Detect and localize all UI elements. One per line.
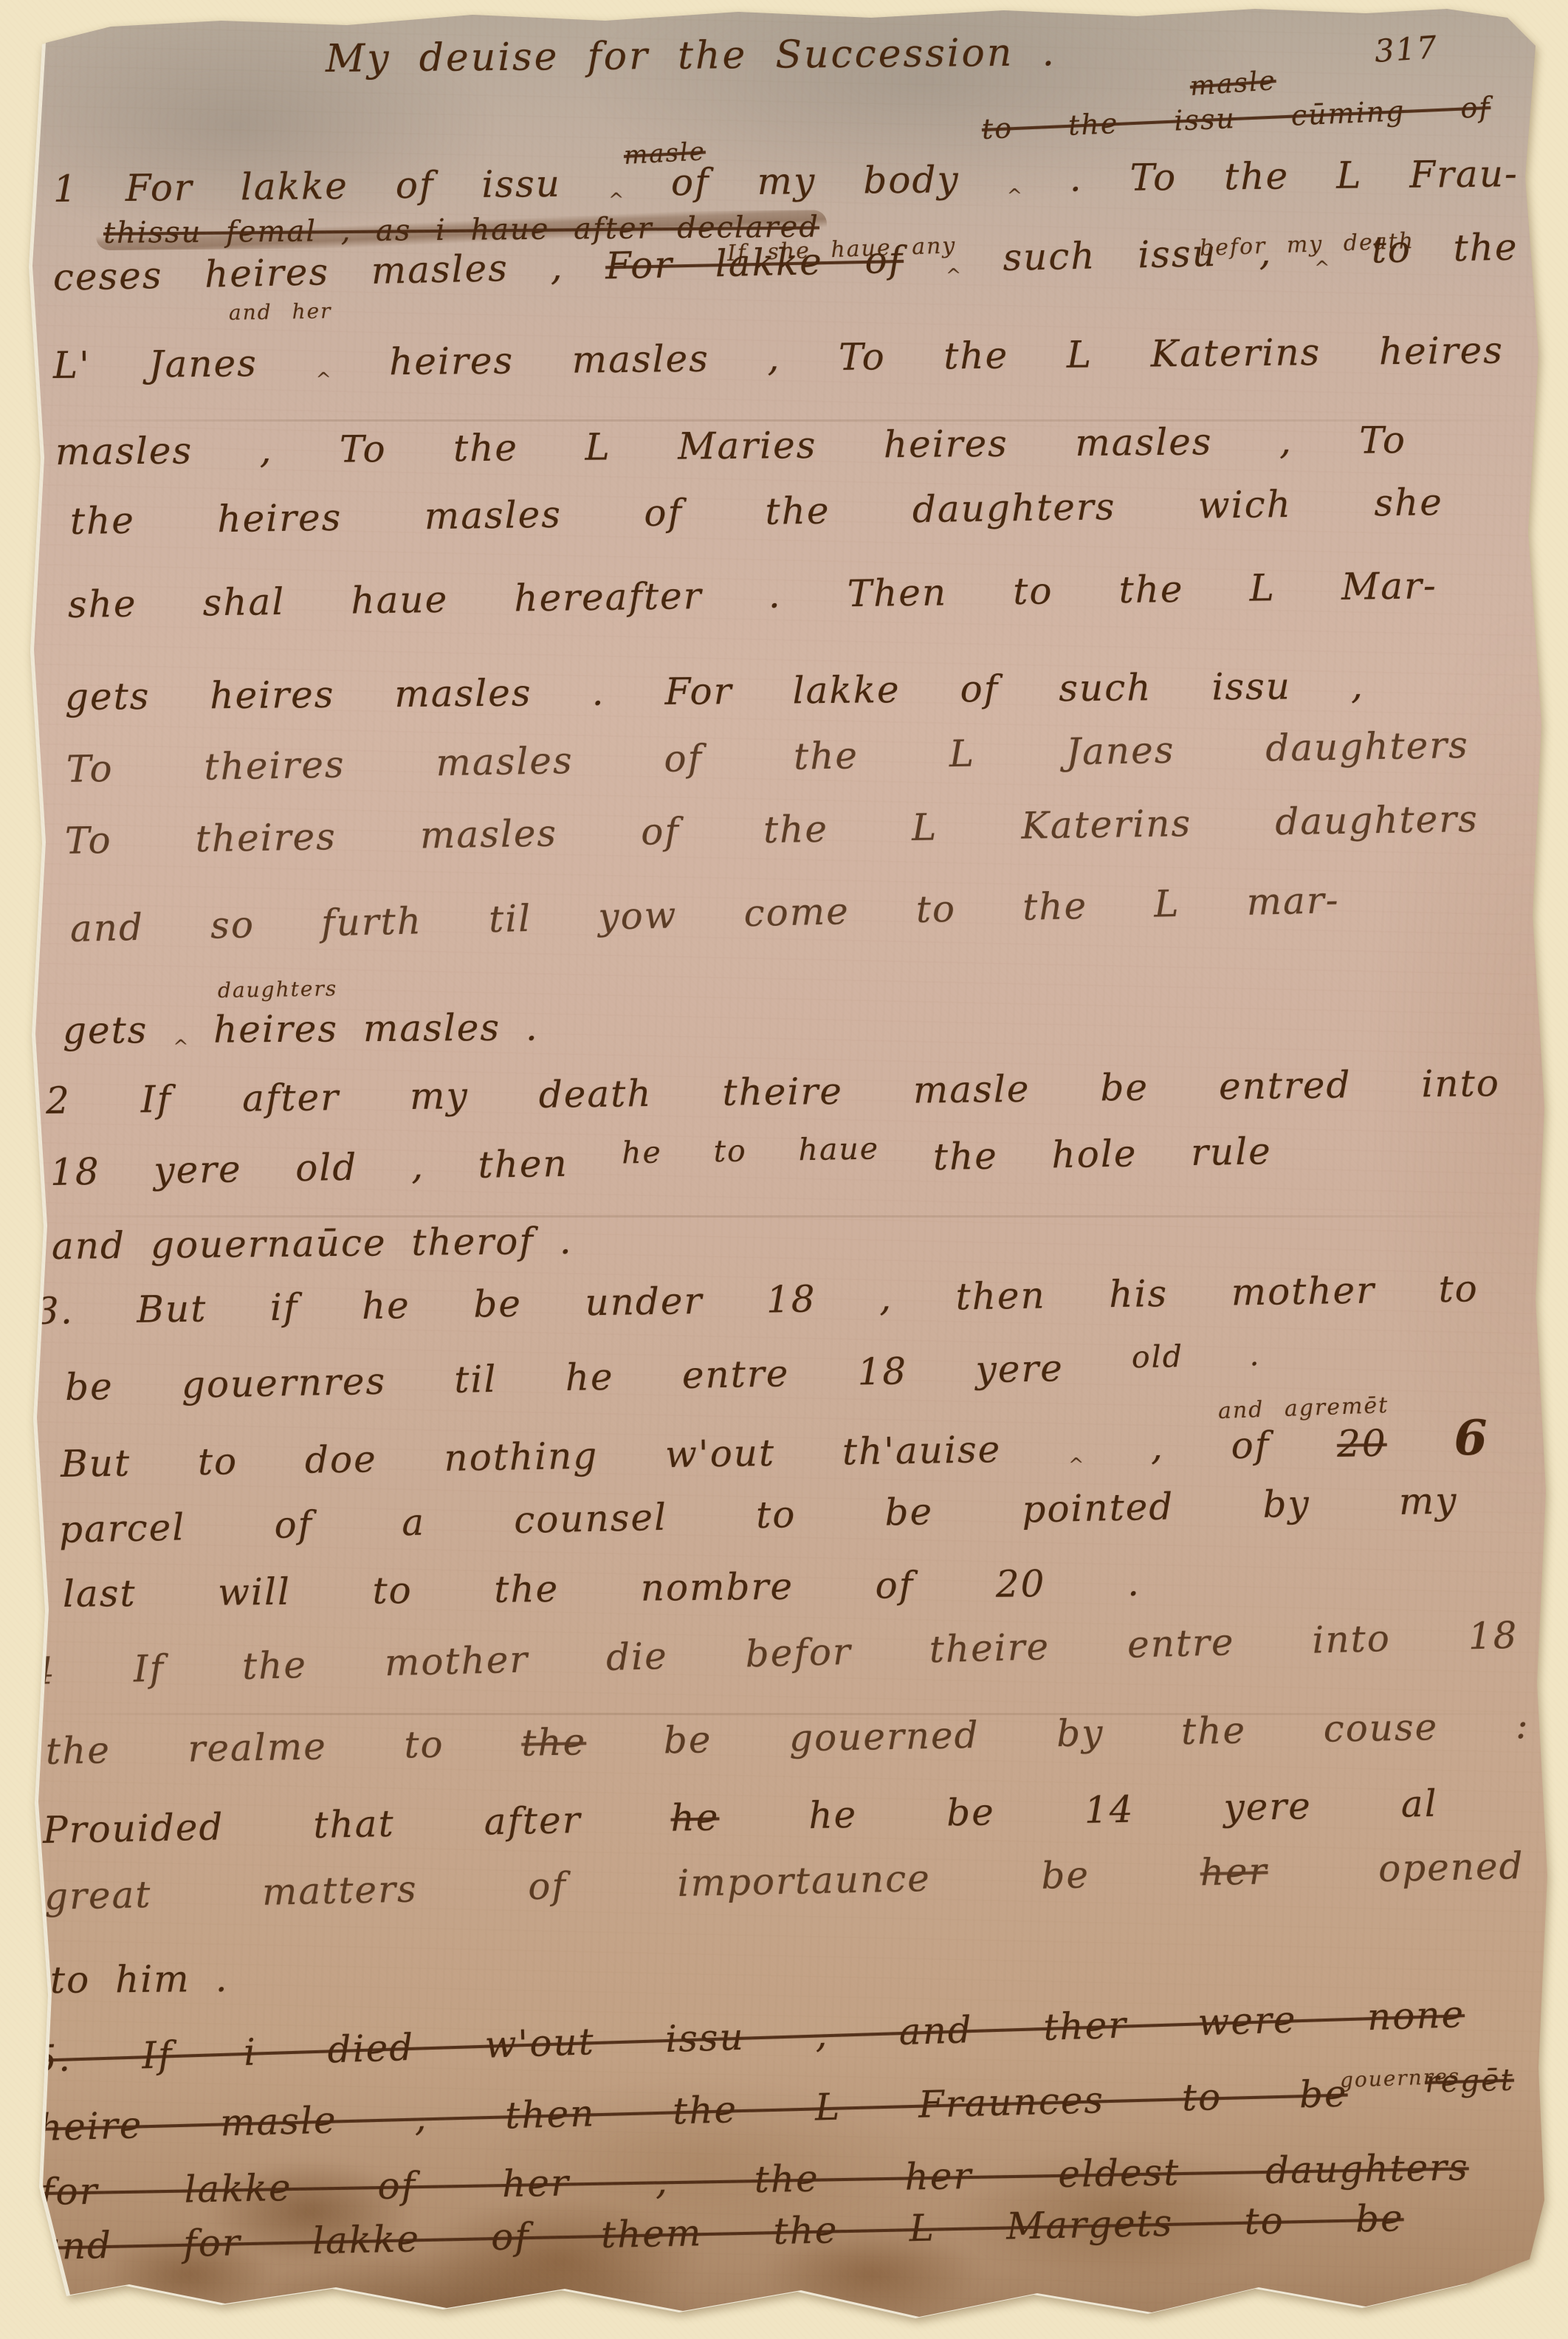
text-run: heires masles , To the L Katerins heires <box>389 329 1504 383</box>
caret-mark: ^ <box>1007 185 1022 206</box>
caret-mark: ^ <box>316 368 331 390</box>
struck-text: he <box>670 1796 720 1839</box>
text-run: If she haue any <box>726 233 957 267</box>
line-2-ceses-heires: ceses heires masles , For lakke of ^ suc… <box>52 224 1519 306</box>
text-run: To theires masles of the L Katerins daug… <box>65 797 1479 862</box>
text-run: the heires masles of the daughters wich … <box>70 481 1444 543</box>
struck-text: masle <box>1189 66 1277 102</box>
text-run: to him . <box>50 1957 229 2002</box>
text-run: 6 <box>1454 1410 1489 1467</box>
text-run: But to doe nothing w'out th'auise <box>61 1428 1002 1486</box>
line-21-the-realme: the realme to the be gouerned by the cou… <box>45 1703 1530 1775</box>
text-run: 4 If the mother die befor theire entre i… <box>30 1614 1519 1693</box>
text-run: befor my death <box>1199 228 1414 261</box>
line-18-parcel-of-a-counsel: parcel of a counsel to be pointed by my <box>58 1477 1458 1553</box>
line-1-for-lakke: 1 For lakke of issu ^ of my body ^ . To … <box>53 151 1519 217</box>
struck-text: 5. If i died w'out issu , and ther were … <box>32 1993 1465 2081</box>
struck-text: For lakke of <box>605 238 904 287</box>
caret-mark: ^ <box>173 1036 188 1057</box>
text-run: ceses heires masles , <box>52 246 564 299</box>
paper-stains <box>0 0 1568 2339</box>
manuscript-text-layer: My deuise for the Succession . 317 masle… <box>0 0 1568 2339</box>
text-run: she shal haue hereafter . Then to the L … <box>68 564 1438 626</box>
struck-text: her <box>1200 1849 1268 1894</box>
line-14-gouernaunce: and gouernaūce therof . <box>52 1218 573 1270</box>
line-16-be-gouernres: be gouernres til he entre 18 yere old . <box>64 1342 1261 1411</box>
line-26-struck-heire-masle: heire masle , then the L Fraunces to be … <box>38 2067 1515 2151</box>
text-run: the realme to <box>45 1723 444 1773</box>
mat-background: My deuise for the Succession . 317 masle… <box>0 0 1568 2339</box>
line-8-janes-daughters: To theires masles of the L Janes daughte… <box>66 722 1469 793</box>
struck-text: for lakke of her , the her eldest daught… <box>40 2146 1469 2213</box>
line-28-struck-and-for-lakke: and for lakke of them the L Margets to b… <box>38 2195 1404 2270</box>
line-11-gets-heires-masles: gets ^ heires masles . <box>63 1004 539 1059</box>
text-run: opened <box>1378 1844 1524 1890</box>
line-25-struck-if-i-died: 5. If i died w'out issu , and ther were … <box>32 1991 1465 2082</box>
line-17-but-to-doe-nothing: But to doe nothing w'out th'auise ^ , of… <box>60 1409 1489 1492</box>
paper-crease <box>30 1215 1546 1217</box>
text-run: gouernres <box>1339 2064 1460 2092</box>
paper-crease <box>30 1713 1546 1715</box>
line-struck-thissu-femal: thissu femal , as i haue after declared <box>96 208 827 252</box>
struck-text: to the issu cūming of <box>981 91 1491 145</box>
paper-laid-texture <box>0 0 1568 2339</box>
caret-mark: ^ <box>1068 1454 1084 1475</box>
document-title: My deuise for the Succession . <box>326 29 1057 83</box>
line-15-but-if-he-be-under: 3. But if he be under 18 , then his moth… <box>35 1265 1479 1334</box>
insert-daughters: daughters <box>218 975 338 1003</box>
line-5-heires-of-daughters: the heires masles of the daughters wich … <box>70 479 1444 544</box>
text-run: and agremēt <box>1217 1392 1389 1424</box>
struck-text: the <box>521 1720 587 1765</box>
text-run: of my body <box>671 158 960 204</box>
text-run: masles , To the L Maries heires masles ,… <box>55 419 1406 473</box>
manuscript-paper: My deuise for the Succession . 317 masle… <box>0 0 1568 2339</box>
text-run: To theires masles of the L Janes daughte… <box>66 724 1469 791</box>
text-run: 3. But if he be under 18 , then his moth… <box>35 1267 1479 1333</box>
line-13-18-yere-old: 18 yere old , then he to haue the hole r… <box>49 1128 1272 1195</box>
struck-text: heire masle , then the L Fraunces to be <box>38 2072 1348 2149</box>
interline-struck-masle: masle <box>623 136 706 171</box>
caret-mark: ^ <box>1314 257 1330 278</box>
text-run: and so furth til yow come to the L mar- <box>69 879 1340 950</box>
line-27-struck-for-lakke-of-her: for lakke of her , the her eldest daught… <box>40 2144 1469 2215</box>
text-run: 18 yere old , then <box>49 1142 568 1194</box>
text-run: last will to the nombre of 20 . <box>63 1562 1141 1615</box>
line-22-prouided: Prouided that after he he be 14 yere al <box>42 1781 1438 1854</box>
line-3-l-janes: L' Janes ^ heires masles , To the L Kate… <box>53 327 1505 394</box>
text-run: gets <box>63 1009 148 1052</box>
text-run: and gouernaūce therof . <box>52 1220 573 1268</box>
struck-text: and for lakke of them the L Margets to b… <box>38 2197 1404 2268</box>
insert-and-her: and her <box>229 298 332 326</box>
text-run: 2 If after my death theire masle be entr… <box>46 1062 1501 1122</box>
text-run: Prouided that after <box>42 1799 582 1852</box>
paper-crease <box>30 419 1546 422</box>
line-23-great-matters: great matters of importaunce be her open… <box>44 1843 1524 1920</box>
text-run: be gouernres til he entre 18 yere <box>64 1347 1064 1409</box>
text-run: . To the L Frau- <box>1069 152 1519 199</box>
insert-and-agremet: and agremēt <box>1217 1392 1389 1426</box>
text-run: heires masles . <box>213 1006 539 1051</box>
line-9-katerins-daughters: To theires masles of the L Katerins daug… <box>65 796 1479 865</box>
text-run: 1 <box>53 168 78 210</box>
line-20-if-the-mother: 4 If the mother die befor theire entre i… <box>30 1612 1519 1695</box>
text-run: great matters of importaunce be <box>44 1853 1090 1918</box>
text-run: parcel of a counsel to be pointed by my <box>58 1479 1458 1551</box>
line-6-she-shal: she shal haue hereafter . Then to the L … <box>68 563 1438 628</box>
insert-gouernres: gouernres <box>1339 2063 1460 2093</box>
line-7-gets-heires: gets heires masles . For lakke of such i… <box>65 663 1364 721</box>
text-run: and her <box>229 299 332 325</box>
text-run: For lakke of issu <box>125 162 562 210</box>
text-run: he to haue <box>622 1131 880 1171</box>
insert-if-she-haue-any: If she haue any <box>726 232 957 267</box>
text-run: , of <box>1150 1423 1270 1469</box>
line-12-if-after-my-death: 2 If after my death theire masle be entr… <box>46 1060 1501 1124</box>
text-run: gets heires masles . For lakke of such i… <box>65 664 1364 718</box>
paper-shadow-wrap: My deuise for the Succession . 317 masle… <box>0 0 1568 2339</box>
struck-text: 20 <box>1337 1422 1388 1466</box>
caret-mark: ^ <box>946 264 962 286</box>
title-strikeout-masle: masle <box>1189 64 1277 103</box>
line-10-and-so-furth: and so furth til yow come to the L mar- <box>69 877 1340 952</box>
page-number: 317 <box>1373 28 1440 71</box>
interline-struck-to-the-issu: to the issu cūming of <box>981 90 1491 148</box>
struck-text: thissu femal , as i haue after declared <box>96 210 827 250</box>
struck-text: regēt <box>1425 2062 1515 2100</box>
line-24-to-him: to him . <box>50 1956 229 2004</box>
struck-text: masle <box>623 137 706 171</box>
text-run: be gouerned by the couse : <box>663 1704 1530 1762</box>
text-run: old . <box>1131 1337 1260 1375</box>
text-run: to the <box>1371 225 1519 271</box>
caret-mark: ^ <box>608 189 624 210</box>
text-run: daughters <box>218 976 338 1003</box>
line-19-last-will: last will to the nombre of 20 . <box>63 1560 1141 1618</box>
insert-befor-my-death: befor my death <box>1199 227 1414 263</box>
line-4-maries: masles , To the L Maries heires masles ,… <box>55 417 1406 475</box>
text-run: L' Janes <box>53 342 258 387</box>
text-run: such issu , <box>1003 230 1273 279</box>
text-run: the hole rule <box>932 1130 1272 1178</box>
text-run: he be 14 yere al <box>808 1782 1438 1837</box>
